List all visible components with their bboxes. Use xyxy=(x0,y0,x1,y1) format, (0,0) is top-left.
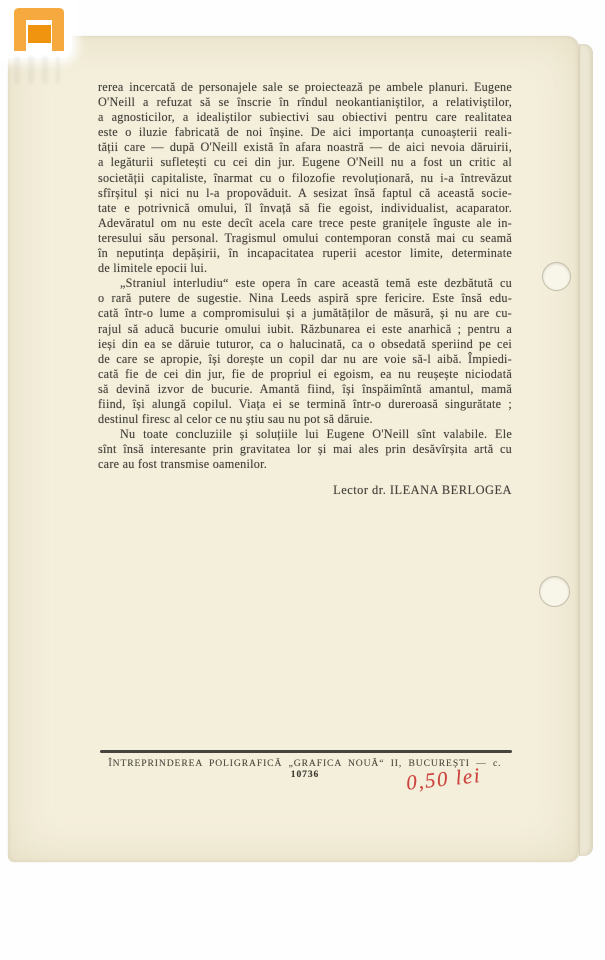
text-line: O'Neill a refuzat să se înscrie în rîndu… xyxy=(98,95,512,110)
scan-canvas: rerea incercată de personajele sale se p… xyxy=(0,0,605,960)
text-line: în neputința depășirii, în incapacitatea… xyxy=(98,246,512,261)
text-line: destinul firesc al celor ce nu știu sau … xyxy=(98,412,512,427)
signature-line: Lector dr. ILEANA BERLOGEA xyxy=(98,483,512,498)
text-line: Adevăratul om nu este decît acela care t… xyxy=(98,216,512,231)
faded-watermark xyxy=(14,56,60,84)
punch-hole-bottom xyxy=(539,576,570,607)
text-line: fiind, își alungă copilul. Viața ei se t… xyxy=(98,397,512,412)
text-line: cată fie de cei din jur, fie de propriul… xyxy=(98,367,512,382)
text-line: sfîrșitul și nici nu l-a propovăduit. A … xyxy=(98,186,512,201)
body-text: rerea incercată de personajele sale se p… xyxy=(98,80,512,472)
imprint-divider xyxy=(100,750,512,753)
text-line: rajul să aducă bucurie omului iubit. Răz… xyxy=(98,322,512,337)
scanned-page: rerea incercată de personajele sale se p… xyxy=(8,36,579,862)
text-line: de limitele epocii lui. xyxy=(98,261,512,276)
text-line: să devină izvor de bucurie. Amantă fiind… xyxy=(98,382,512,397)
text-line: este o iluzie fabricată de noi înșine. D… xyxy=(98,125,512,140)
text-line: „Straniul interludiu“ este opera în care… xyxy=(98,276,512,291)
text-line: a agnosticilor, a idealiștilor subiectiv… xyxy=(98,110,512,125)
logo-backing xyxy=(2,0,72,58)
text-line: Nu toate concluziile și soluțiile lui Eu… xyxy=(98,427,512,442)
text-line: cată într-o lume a compromisului și a ju… xyxy=(98,306,512,321)
text-line: de care se apropie, își dorește un copil… xyxy=(98,352,512,367)
text-line: a legăturii sufletești cu cei din jur. E… xyxy=(98,155,512,170)
text-line: sînt însă interesante prin gravitatea lo… xyxy=(98,442,512,457)
text-line: care au fost transmise oamenilor. xyxy=(98,457,512,472)
text-line: tate e potrivnică omului, îl învață să f… xyxy=(98,201,512,216)
text-line: teresului său personal. Tragismul omului… xyxy=(98,231,512,246)
page-edge-strip xyxy=(579,44,593,856)
imprint-code: 10736 xyxy=(291,769,319,780)
text-line: ieși din ea se dăruie tuturor, ca o halu… xyxy=(98,337,512,352)
text-line: tății care — după O'Neill există în afar… xyxy=(98,140,512,155)
text-line: rerea incercată de personajele sale se p… xyxy=(98,80,512,95)
text-line: o rară putere de sugestie. Nina Leeds as… xyxy=(98,291,512,306)
text-line: societății capitaliste, înarmat cu o fil… xyxy=(98,171,512,186)
scan-app-logo-icon xyxy=(14,8,64,51)
punch-hole-top xyxy=(542,262,571,291)
